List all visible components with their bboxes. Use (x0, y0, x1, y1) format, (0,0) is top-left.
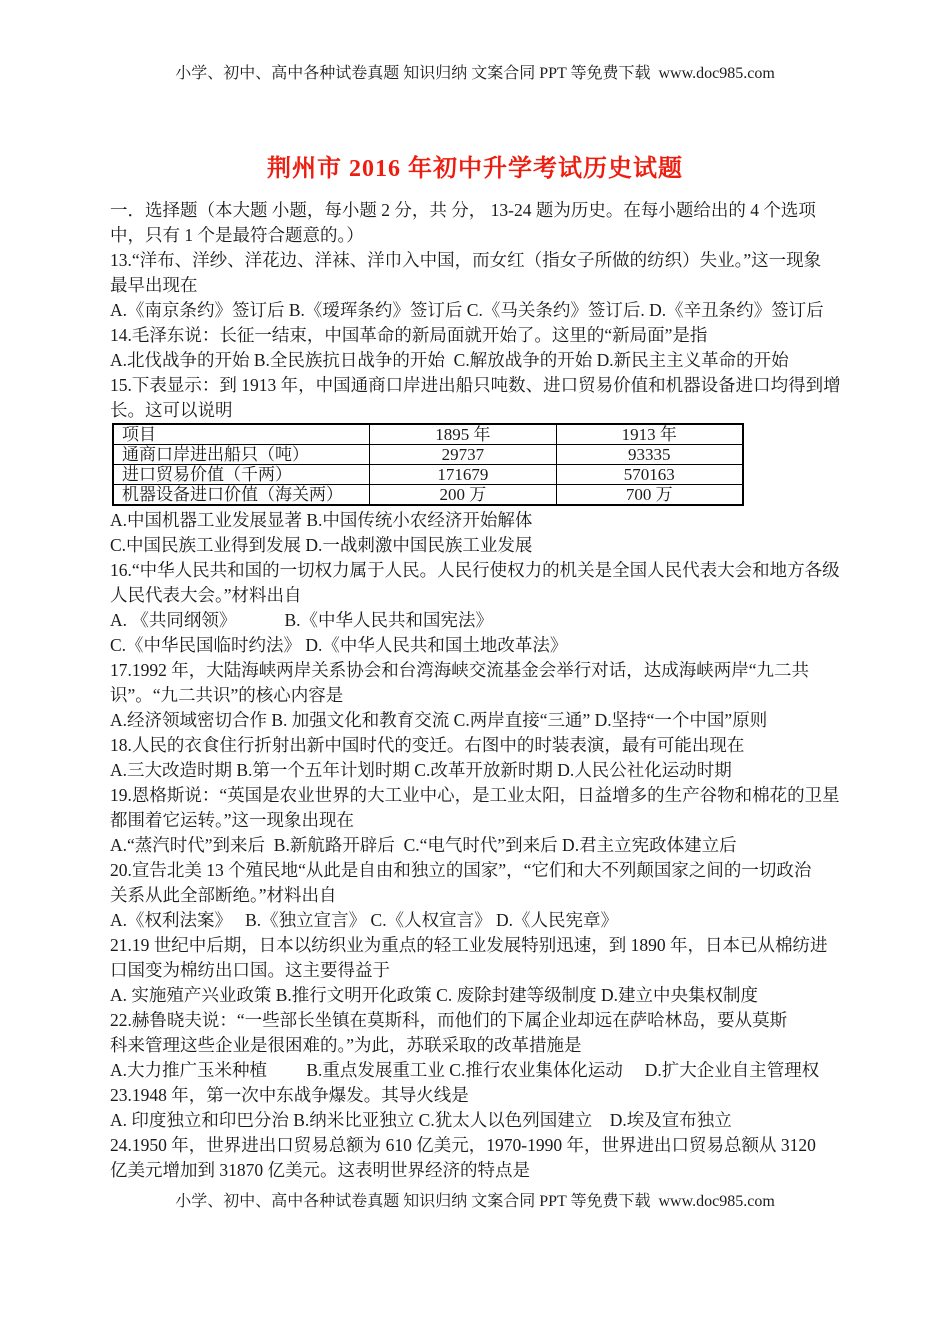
table-cell: 200 万 (370, 485, 556, 506)
page-title: 荆州市 2016 年初中升学考试历史试题 (0, 150, 950, 188)
table-cell: 700 万 (556, 485, 743, 506)
section-intro-line-2: 中，只有 1 个是最符合题意的。） (110, 223, 856, 248)
footer-watermark-text: 小学、初中、高中各种试卷真题 知识归纳 文案合同 PPT 等免费下载 www.d… (0, 1190, 950, 1214)
q17-text-line-1: 17.1992 年，大陆海峡两岸关系协会和台湾海峡交流基金会举行对话，达成海峡两… (110, 658, 856, 683)
table-cell: 进口贸易价值（千两） (113, 465, 370, 485)
table-header-cell: 1913 年 (556, 424, 743, 445)
q20-text-line-2: 关系从此全部断绝。”材料出自 (110, 883, 856, 908)
q18-text: 18.人民的衣食住行折射出新中国时代的变迁。右图中的时装表演，最有可能出现在 (110, 733, 856, 758)
table-header-row: 项目1895 年1913 年 (113, 424, 743, 445)
q22-options: A.大力推广玉米种植 B.重点发展重工业 C.推行农业集体化运动 D.扩大企业自… (110, 1058, 856, 1083)
table-row: 进口贸易价值（千两）171679570163 (113, 465, 743, 485)
table-cell: 机器设备进口价值（海关两） (113, 485, 370, 506)
q14-text: 14.毛泽东说：长征一结束，中国革命的新局面就开始了。这里的“新局面”是指 (110, 323, 856, 348)
header-watermark-text: 小学、初中、高中各种试卷真题 知识归纳 文案合同 PPT 等免费下载 www.d… (0, 62, 950, 86)
table-cell: 通商口岸进出船只（吨） (113, 445, 370, 465)
q22-text-line-2: 科来管理这些企业是很困难的。”为此，苏联采取的改革措施是 (110, 1033, 856, 1058)
section-intro-line-1: 一．选择题（本大题 小题，每小题 2 分，共 分， 13-24 题为历史。在每小… (110, 198, 856, 223)
q16-text-line-2: 人民代表大会。”材料出自 (110, 583, 856, 608)
q15-options-line-1: A.中国机器工业发展显著 B.中国传统小农经济开始解体 (110, 508, 856, 533)
table-cell: 93335 (556, 445, 743, 465)
table-cell: 171679 (370, 465, 556, 485)
q15-text-line-2: 长。这可以说明 (110, 398, 856, 423)
q21-options: A. 实施殖产兴业政策 B.推行文明开化政策 C. 废除封建等级制度 D.建立中… (110, 983, 856, 1008)
q16-options-line-1: A. 《共同纲领》 B.《中华人民共和国宪法》 (110, 608, 856, 633)
q18-options: A.三大改造时期 B.第一个五年计划时期 C.改革开放新时期 D.人民公社化运动… (110, 758, 856, 783)
q24-text-line-1: 24.1950 年，世界进出口贸易总额为 610 亿美元，1970-1990 年… (110, 1133, 856, 1158)
q13-text-line-2: 最早出现在 (110, 273, 856, 298)
document-body: 一．选择题（本大题 小题，每小题 2 分，共 分， 13-24 题为历史。在每小… (110, 198, 856, 1183)
table-row: 通商口岸进出船只（吨）2973793335 (113, 445, 743, 465)
table-cell: 570163 (556, 465, 743, 485)
q14-options: A.北伐战争的开始 B.全民族抗日战争的开始 C.解放战争的开始 D.新民主主义… (110, 348, 856, 373)
q19-text-line-1: 19.恩格斯说：“英国是农业世界的大工业中心，是工业太阳，日益增多的生产谷物和棉… (110, 783, 856, 808)
table-row: 机器设备进口价值（海关两）200 万700 万 (113, 485, 743, 506)
q17-text-line-2: 识”。“九二共识”的核心内容是 (110, 683, 856, 708)
q24-text-line-2: 亿美元增加到 31870 亿美元。这表明世界经济的特点是 (110, 1158, 856, 1183)
q21-text-line-2: 口国变为棉纺出口国。这主要得益于 (110, 958, 856, 983)
table-header-cell: 1895 年 (370, 424, 556, 445)
q22-text-line-1: 22.赫鲁晓夫说：“一些部长坐镇在莫斯科，而他们的下属企业却远在萨哈林岛，要从莫… (110, 1008, 856, 1033)
q15-text-line-1: 15.下表显示：到 1913 年，中国通商口岸进出船只吨数、进口贸易价值和机器设… (110, 373, 856, 398)
table-header-cell: 项目 (113, 424, 370, 445)
exam-document-page: 小学、初中、高中各种试卷真题 知识归纳 文案合同 PPT 等免费下载 www.d… (0, 0, 950, 1344)
q13-options: A.《南京条约》签订后 B.《瑷珲条约》签订后 C.《马关条约》签订后. D.《… (110, 298, 856, 323)
q19-text-line-2: 都围着它运转。”这一现象出现在 (110, 808, 856, 833)
q21-text-line-1: 21.19 世纪中后期，日本以纺织业为重点的轻工业发展特别迅速，到 1890 年… (110, 933, 856, 958)
q13-text-line-1: 13.“洋布、洋纱、洋花边、洋袜、洋巾入中国，而女红（指女子所做的纺织）失业。”… (110, 248, 856, 273)
table-cell: 29737 (370, 445, 556, 465)
q23-text: 23.1948 年，第一次中东战争爆发。其导火线是 (110, 1083, 856, 1108)
q16-text-line-1: 16.“中华人民共和国的一切权力属于人民。人民行使权力的机关是全国人民代表大会和… (110, 558, 856, 583)
q15-data-table: 项目1895 年1913 年通商口岸进出船只（吨）2973793335进口贸易价… (112, 423, 744, 506)
q20-options: A.《权利法案》 B.《独立宣言》 C.《人权宣言》 D.《人民宪章》 (110, 908, 856, 933)
q23-options: A. 印度独立和印巴分治 B.纳米比亚独立 C.犹太人以色列国建立 D.埃及宣布… (110, 1108, 856, 1133)
q17-options: A.经济领域密切合作 B. 加强文化和教育交流 C.两岸直接“三通” D.坚持“… (110, 708, 856, 733)
q19-options: A.“蒸汽时代”到来后 B.新航路开辟后 C.“电气时代”到来后 D.君主立宪政… (110, 833, 856, 858)
q20-text-line-1: 20.宣告北美 13 个殖民地“从此是自由和独立的国家”，“它们和大不列颠国家之… (110, 858, 856, 883)
q16-options-line-2: C.《中华民国临时约法》 D.《中华人民共和国土地改革法》 (110, 633, 856, 658)
q15-options-line-2: C.中国民族工业得到发展 D.一战刺激中国民族工业发展 (110, 533, 856, 558)
